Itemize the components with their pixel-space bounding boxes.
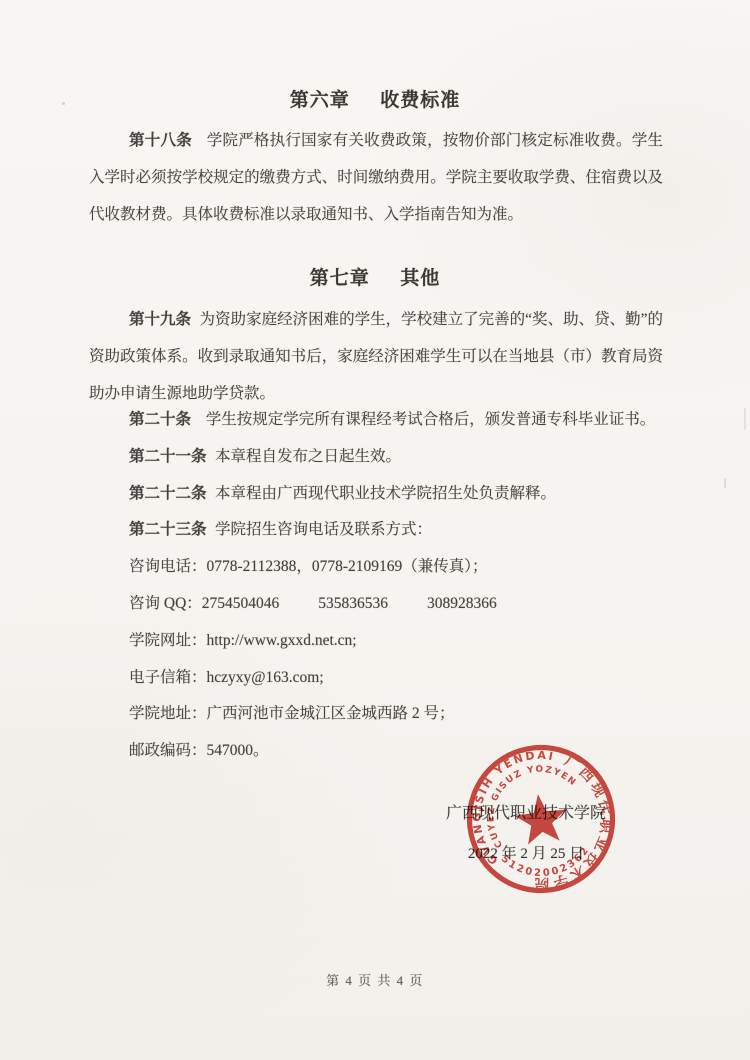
chapter-7-title: 其他 [400, 268, 440, 289]
contact-address-row: 学院地址：广西河池市金城江区金城西路 2 号； [89, 696, 689, 733]
article-23-text: 学院招生咨询电话及联系方式： [215, 521, 432, 538]
scan-speck [62, 102, 65, 105]
article-19-paragraph: 第十九条为资助家庭经济困难的学生，学校建立了完善的“奖、助、贷、勤”的资助政策体… [89, 302, 663, 412]
article-23-label: 第二十三条 [129, 521, 207, 538]
article-20-label: 第二十条 [129, 411, 191, 428]
chapter-7-number: 第七章 [310, 268, 370, 289]
article-20-row: 第二十条学生按规定学完所有课程经考试合格后，颁发普通专科毕业证书。 [89, 402, 689, 439]
articles-and-contact-list: 第二十条学生按规定学完所有课程经考试合格后，颁发普通专科毕业证书。 第二十一条本… [89, 402, 689, 770]
chapter-6-title: 收费标准 [380, 90, 460, 111]
contact-phone: 咨询电话：0778-2112388，0778-2109169（兼传真）； [129, 558, 488, 575]
contact-qq-row: 咨询 QQ：2754504046535836536308928366 [89, 586, 689, 623]
contact-postcode: 邮政编码：547000。 [129, 742, 269, 759]
contact-website: 学院网址：http://www.gxxd.net.cn; [129, 632, 357, 649]
scan-speck [724, 478, 726, 488]
contact-email-row: 电子信箱：hczyxy@163.com; [89, 660, 689, 697]
article-21-label: 第二十一条 [129, 448, 207, 465]
official-seal: GVANGJSIH YENDAI 广西现代职业技术学院 CUYEZ GISUZ … [454, 732, 628, 906]
contact-address: 学院地址：广西河池市金城江区金城西路 2 号； [129, 705, 455, 722]
article-19-label: 第十九条 [129, 311, 191, 328]
chapter-6-number: 第六章 [290, 90, 350, 111]
article-18-label: 第十八条 [129, 132, 192, 149]
article-21-row: 第二十一条本章程自发布之日起生效。 [89, 439, 689, 476]
contact-qq-number-3: 308928366 [427, 595, 497, 612]
article-22-row: 第二十二条本章程由广西现代职业技术学院招生处负责解释。 [89, 476, 689, 513]
article-22-label: 第二十二条 [129, 485, 207, 502]
scanned-document-page: 第六章收费标准 第十八条学院严格执行国家有关收费政策，按物价部门核定标准收费。学… [0, 0, 750, 1060]
article-22-text: 本章程由广西现代职业技术学院招生处负责解释。 [215, 485, 556, 502]
article-18-paragraph: 第十八条学院严格执行国家有关收费政策，按物价部门核定标准收费。学生入学时必须按学… [89, 123, 663, 233]
article-23-row: 第二十三条学院招生咨询电话及联系方式： [89, 512, 689, 549]
scan-speck [744, 408, 746, 430]
contact-email: 电子信箱：hczyxy@163.com; [129, 669, 324, 686]
page-indicator: 第 4 页 共 4 页 [0, 970, 750, 989]
contact-website-row: 学院网址：http://www.gxxd.net.cn; [89, 623, 689, 660]
contact-qq-label: 咨询 QQ： [129, 595, 202, 612]
contact-qq-number-2: 535836536 [318, 595, 388, 612]
article-20-text: 学生按规定学完所有课程经考试合格后，颁发普通专科毕业证书。 [206, 411, 656, 428]
contact-qq-number-1: 2754504046 [202, 595, 280, 612]
article-21-text: 本章程自发布之日起生效。 [215, 448, 401, 465]
contact-phone-row: 咨询电话：0778-2112388，0778-2109169（兼传真）； [89, 549, 689, 586]
chapter-6-heading: 第六章收费标准 [0, 89, 750, 113]
seal-star-icon [512, 791, 569, 846]
chapter-7-heading: 第七章其他 [0, 267, 750, 291]
